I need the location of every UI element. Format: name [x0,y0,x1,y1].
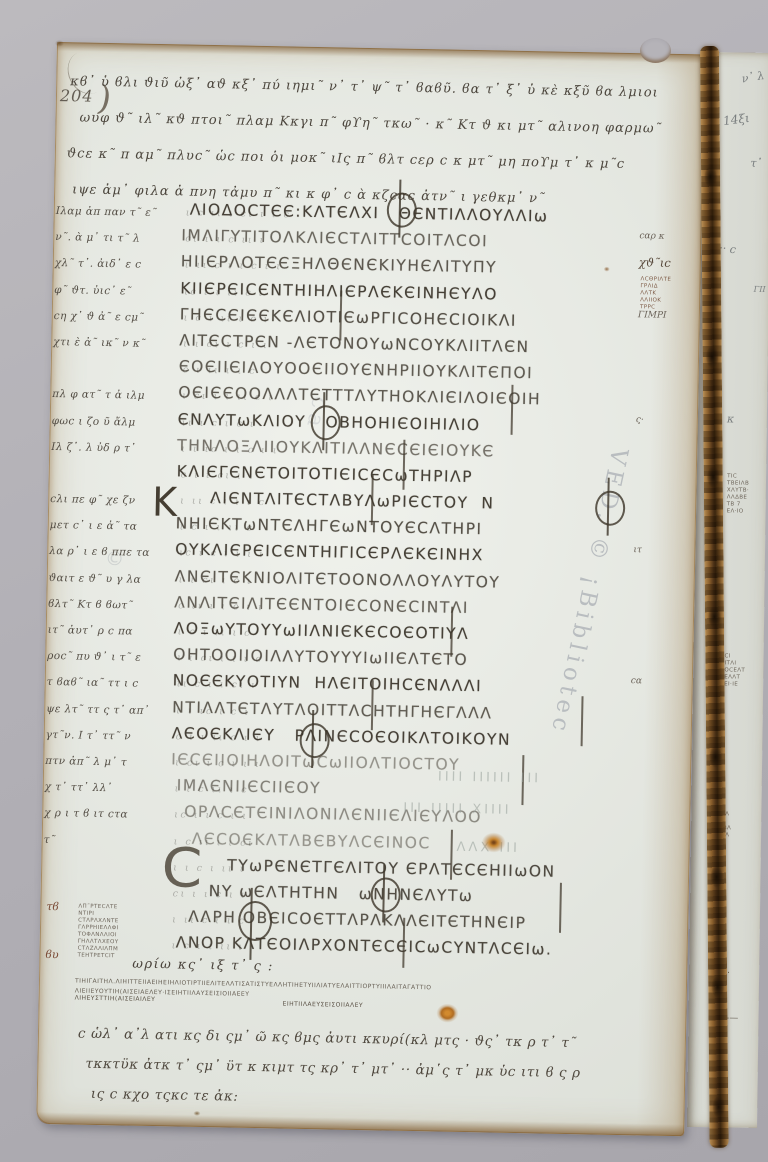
margin-note [634,511,694,538]
margin-gloss [52,355,182,384]
micro-partial-line: ΛΙΗΕΥΣΤΤΙΗ(ΑΙΣΕΙΑΙΛΕΥ [75,995,156,1004]
margin-note: ϲαρ κ [639,223,699,250]
margin-note [629,773,689,800]
margin-note [640,197,700,224]
enlarged-phi-initial [299,723,330,759]
margin-gloss: Ιλ ζ᾽. λ ὐδ ρ τ᾽ [51,434,181,463]
margin-note [629,747,689,774]
small-speck [604,267,610,272]
margin-gloss: φ῀ ϑτ. ὐιϲ᾽ ε῀ [54,277,184,306]
margin-note [633,564,693,591]
margin-siglum: ϐυ [45,948,58,961]
margin-gloss [43,853,173,882]
ghost-stroke-group: ΙΙΙΙ ΙΙΙΙΙΙ ΙΙΙΙΙΙ ΙΙΙΙΙ ΧΙΙΙΙΛΛΧ ΙΙΙ [57,42,705,54]
phi-ring [370,877,401,913]
margin-gloss: πτν ἀπ῀ λ μ᾽ τ [45,748,175,777]
micro-line: ΤΕΗΤΡΕΤCΙΤ [77,953,118,961]
facing-page-scribble: ·· ϲ [719,241,737,256]
facing-page-scribble: τ᾽ [750,157,762,170]
micro-partial-line: ΕΙΗΤΙΙΛΑΕΥΣΕΙΣΟΙΙΑΛΕΥ [283,1001,364,1010]
margin-gloss: μετ ϲ᾽ ι ε ἀ῀ τα [49,512,179,541]
ghost-stroke: ΙΙΙΙ ΙΙΙΙΙΙ ΙΙΙ [438,769,541,786]
phi-ring [387,192,418,228]
facing-page-scribble: κ [727,412,734,425]
micro-line: ΕΛ·ΙΟ [727,508,749,515]
margin-gloss: τ ϐαϐ῀ ια῀ ττ ι ϲ [46,669,176,698]
phi-ring [310,405,341,441]
margin-note [627,852,687,879]
margin-note [630,721,690,748]
margin-gloss: πλ φ ατ῀ τ ἀ ιλμ [52,381,182,410]
sewing-knot [712,1096,725,1118]
top-annotation-block: κϐ᾽ ὑ ϐλι ϑιῦ ὠξ᾽ αϑ κξ᾽ πύ ιημι῀ ν᾽ τ᾽ … [68,64,683,220]
margin-gloss [50,460,180,489]
margin-gloss [42,879,172,908]
margin-gloss: ψε λτ῀ ττ ς τ᾽ απ᾽ [46,695,176,724]
facing-page-scribble: ν᾽ λ [741,69,765,85]
margin-gloss: ιτ῀ ἀυτ᾽ ρ ϲ πα [47,617,177,646]
left-micro-block: ΛΠ῀ΡΤΕCΛΤΕΝΤΙΡΙCΤΛΡΛΧΛΝΤΕΓΛΡΡΗΙΕΛΛΦΙΤΟΦΛ… [77,904,119,961]
margin-gloss: γτ῀ν. Ι τ᾽ ττ῀ ν [45,722,175,751]
sewing-knot [704,166,717,188]
margin-gloss: ϐλτ῀ Κτ ϐ ϐωτ῀ [48,591,178,620]
sewing-knot [711,976,724,998]
margin-note [632,590,692,617]
margin-note [637,328,697,355]
margin-gloss: φωϲ ι ζο ῦ ἄλμ [51,407,181,436]
margin-note: ς· [636,407,696,434]
margin-gloss: λα ρ᾽ ι ε ϐ ππε τα [49,538,179,567]
margin-note [636,381,696,408]
margin-gloss: ϲη χ᾽ ϑ ἀ῀ ε ϲμ῀ [53,303,183,332]
enlarged-phi-initial [595,490,626,526]
margin-note: ιτ [633,538,693,565]
margin-note [628,799,688,826]
phi-ring [595,490,626,526]
facing-micro-block-b: CΙΙΤΛΙΟCΕΛΤΕΛΛΤΕΙ·ΙΕ [724,653,745,688]
enlarged-phi-initial [370,877,401,913]
bottom-annotation-block: ϲ ὡλ᾽ α᾽λ ατι κς δι ςμ᾽ ῶ κς ϐμς ἀυτι κκ… [77,1019,669,1120]
phi-ring [299,723,330,759]
edge-notch [640,38,671,63]
margin-note [628,826,688,853]
dense-micro-lines: ΤΙΗΙΓΑΙΤΗΛ.ΛΙΗΙΤΤΕΙΙΑΕΙΗΕΙΗΛΙΟΤΙΡΤΙΙΕΛΙΤ… [75,977,659,1008]
sewing-knot [709,746,722,768]
margin-gloss: χ ρ ι τ ϐ ιτ ϲτα [44,800,174,829]
manuscript-leaf: VED. © ¡Bibliotec ca © 204 ) κϐ᾽ ὑ ϐλι ϑ… [36,42,705,1136]
micro-line: ΕΙ·ΙΕ [724,681,745,688]
margin-note [626,930,686,957]
main-text-block: ΛΙΟΔΟCΤЄЄ:ΚΛΤЄΛΧΙ ΘЄΝΤΙΛΛΟΥΛΛΙωΙΜΛΙΓΥΤΙΤ… [167,196,669,965]
manuscript-photograph: ν᾽ λ14ξιτ᾽·· ϲΓΙΙκ ΤΙCΤΒΕΙΛΒΧΛΥΤΒ·ΛΛΔΒΕΤ… [0,0,768,1162]
margin-gloss: ν῀. ὰ μ᾽ τι τ῀ λ [55,224,185,253]
phi-ring [238,901,273,942]
facing-page-scribble: ΓΙΙ [754,285,766,294]
ghost-stroke: ΙΙΙ ΙΙΙΙΙ ΧΙΙΙΙ [403,801,511,818]
margin-gloss: τ῀ [43,826,173,855]
enlarged-phi-initial [238,901,273,942]
margin-gloss: ϑαιτ ε ϑ῀ υ γ λα [48,565,178,594]
sewing-knot [706,346,719,368]
margin-note [635,433,695,460]
margin-gloss: ϲλι πε φ῀ χε ζν [50,486,180,515]
left-margin-glosses: Ιλαμ ἀπ παν τ῀ ε῀ν῀. ὰ μ᾽ τι τ῀ λχλ῀ τ᾽.… [41,198,186,960]
margin-gloss: χλ῀ τ᾽. ἀιδ᾽ ε ϲ [54,250,184,279]
enlarged-phi-initial [310,405,341,441]
margin-note [630,695,690,722]
small-speck [193,1111,200,1116]
margin-gloss: χ τ᾽ ττ᾽ λλ᾽ [44,774,174,803]
margin-note [632,616,692,643]
facing-micro-block-a: ΤΙCΤΒΕΙΛΒΧΛΥΤΒ·ΛΛΔΒΕΤΒ 7ΕΛ·ΙΟ [727,473,750,515]
sewing-knot [708,606,721,628]
margin-note [637,354,697,381]
facing-page-scribble: 14ξι [722,111,750,128]
margin-siglum: τϐ [46,900,59,913]
micro-line: ΤΡΡC [640,304,671,312]
wax-stain [436,1003,458,1022]
margin-note [634,485,694,512]
margin-note [631,642,691,669]
right-micro-block: ΛCΘΡΙΛΤΕΓΡΛΙΔΛΛΤΚΛΛΙΙΟΚΤΡΡC [640,276,671,312]
margin-note: ϲα [631,669,691,696]
margin-gloss: ροϲ῀ πυ ϑ᾽ ι τ῀ ε [47,643,177,672]
margin-note [626,904,686,931]
margin-note: χϑ῀ιϲ [639,250,699,277]
margin-gloss: Ιλαμ ἀπ παν τ῀ ε῀ [56,198,186,227]
sewing-knot [710,866,723,888]
margin-note [635,459,695,486]
margin-gloss: χτι ὲ ἀ῀ ικ῀ ν κ῀ [53,329,183,358]
enlarged-phi-initial [387,192,418,228]
margin-note [627,878,687,905]
colophon-line: ωρίω κς᾽ ιξ τ᾽ ς : [132,957,274,975]
sewing-knot [707,466,720,488]
